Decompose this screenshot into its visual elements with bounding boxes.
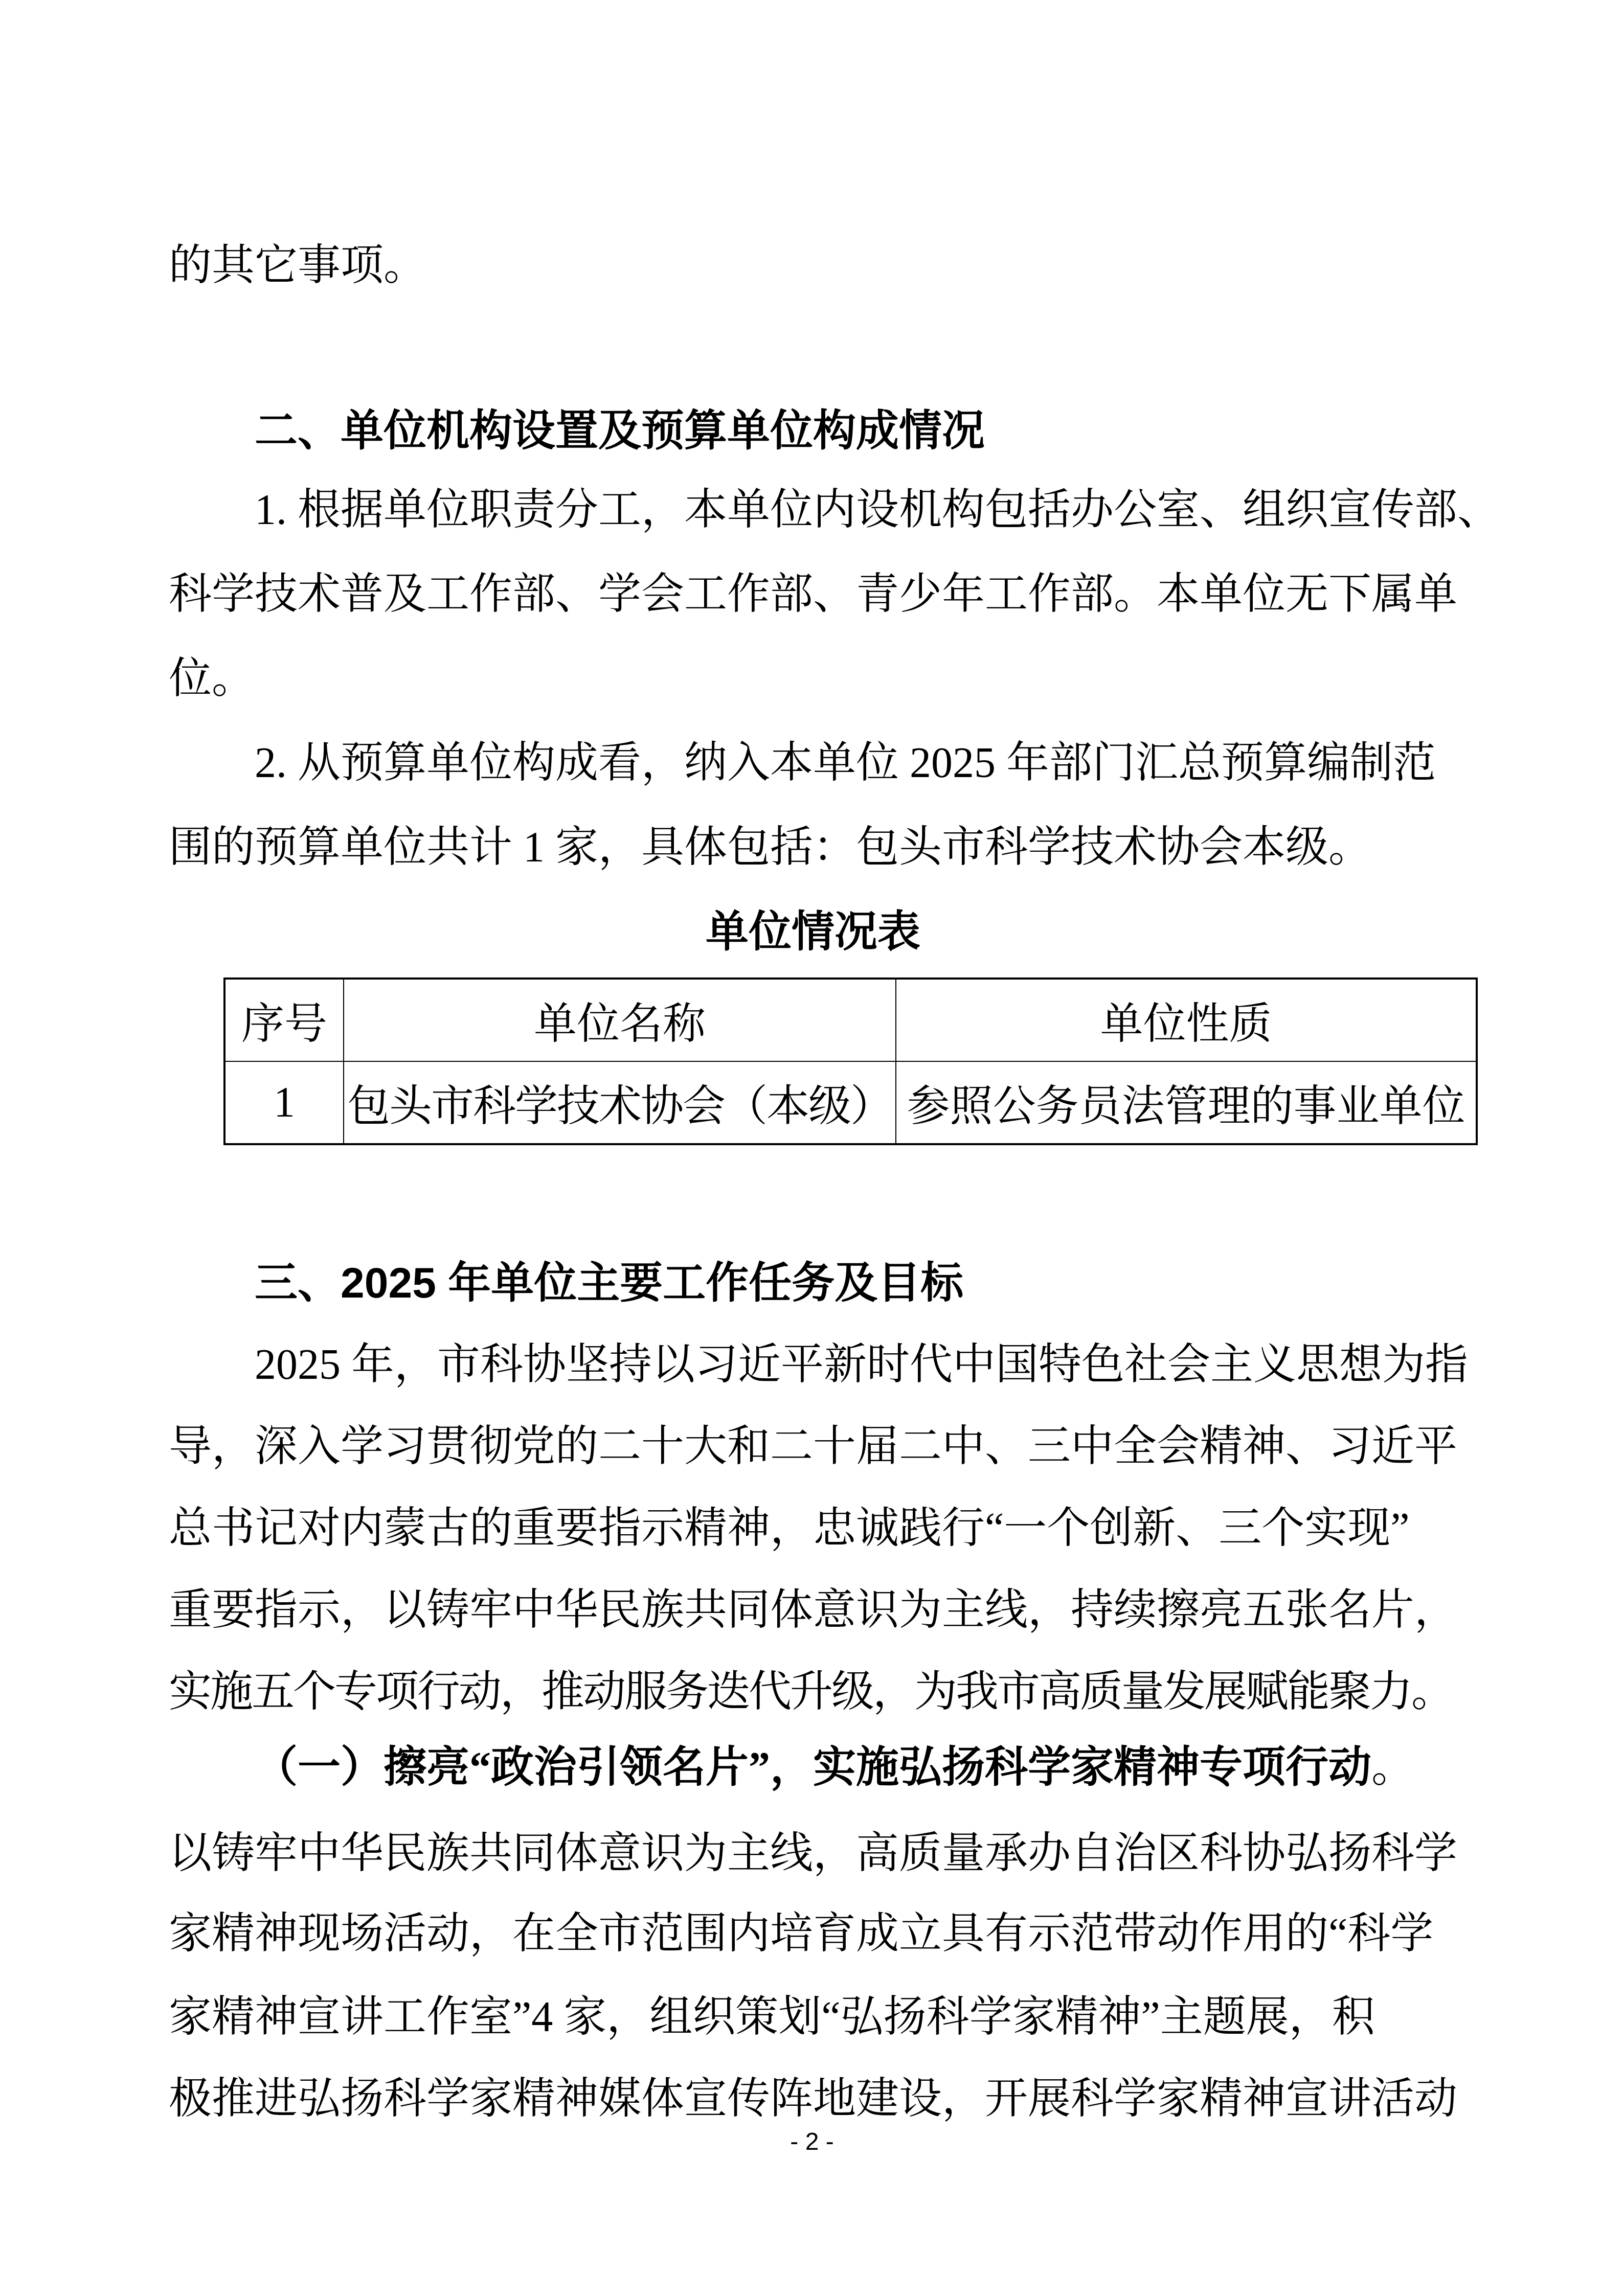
body-text-line: 位。: [169, 636, 1457, 721]
section-heading-3: 三、2025 年单位主要工作任务及目标: [169, 1241, 1543, 1325]
table-cell-name: 包头市科学技术协会（本级）: [344, 1061, 896, 1144]
body-text-line: 重要指示，以铸牢中华民族共同体意识为主线，持续擦亮五张名片，: [169, 1568, 1457, 1652]
body-text-line: 的其它事项。: [169, 223, 1457, 308]
table-title: 单位情况表: [169, 890, 1457, 974]
page-number: - 2 -: [0, 2127, 1624, 2157]
body-text-line: 导，深入学习贯彻党的二十大和二十届二中、三中全会精神、习近平: [169, 1404, 1457, 1489]
sub-section-heading-period: 。: [1371, 1744, 1414, 1791]
table-header-name: 单位名称: [344, 979, 896, 1061]
table-header-row: 序号 单位名称 单位性质: [224, 979, 1477, 1061]
section-heading-2: 二、单位机构设置及预算单位构成情况: [169, 389, 1543, 473]
document-page: 的其它事项。 二、单位机构设置及预算单位构成情况 1. 根据单位职责分工，本单位…: [0, 0, 1624, 2296]
body-text-line: 1. 根据单位职责分工，本单位内设机构包括办公室、组织宣传部、: [169, 468, 1543, 552]
table-header-seq: 序号: [224, 979, 344, 1061]
table-row: 1 包头市科学技术协会（本级） 参照公务员法管理的事业单位: [224, 1061, 1477, 1144]
sub-section-heading: （一）擦亮“政治引领名片”，实施弘扬科学家精神专项行动。: [169, 1725, 1543, 1810]
table-header-nature: 单位性质: [896, 979, 1477, 1061]
body-text-line: 实施五个专项行动，推动服务迭代升级，为我市高质量发展赋能聚力。: [169, 1650, 1457, 1734]
body-text-line: 2025 年，市科协坚持以习近平新时代中国特色社会主义思想为指: [169, 1323, 1543, 1407]
table-cell-seq: 1: [224, 1061, 344, 1144]
body-text-line: 家精神宣讲工作室”4 家，组织策划“弘扬科学家精神”主题展，积: [169, 1975, 1457, 2059]
body-text-line: 家精神现场活动，在全市范围内培育成立具有示范带动作用的“科学: [169, 1892, 1457, 1976]
body-text-line: 2. 从预算单位构成看，纳入本单位 2025 年部门汇总预算编制范: [169, 721, 1543, 805]
body-text-line: 总书记对内蒙古的重要指示精神，忠诚践行“一个创新、三个实现”: [169, 1486, 1457, 1571]
sub-section-heading-text: （一）擦亮“政治引领名片”，实施弘扬科学家精神专项行动: [255, 1744, 1371, 1791]
body-text-line: 科学技术普及工作部、学会工作部、青少年工作部。本单位无下属单: [169, 552, 1457, 636]
table-cell-nature: 参照公务员法管理的事业单位: [896, 1061, 1477, 1144]
units-table: 序号 单位名称 单位性质 1 包头市科学技术协会（本级） 参照公务员法管理的事业…: [223, 977, 1478, 1145]
body-text-line: 以铸牢中华民族共同体意识为主线，高质量承办自治区科协弘扬科学: [169, 1811, 1457, 1896]
body-text-line: 围的预算单位共计 1 家，具体包括：包头市科学技术协会本级。: [169, 805, 1457, 890]
